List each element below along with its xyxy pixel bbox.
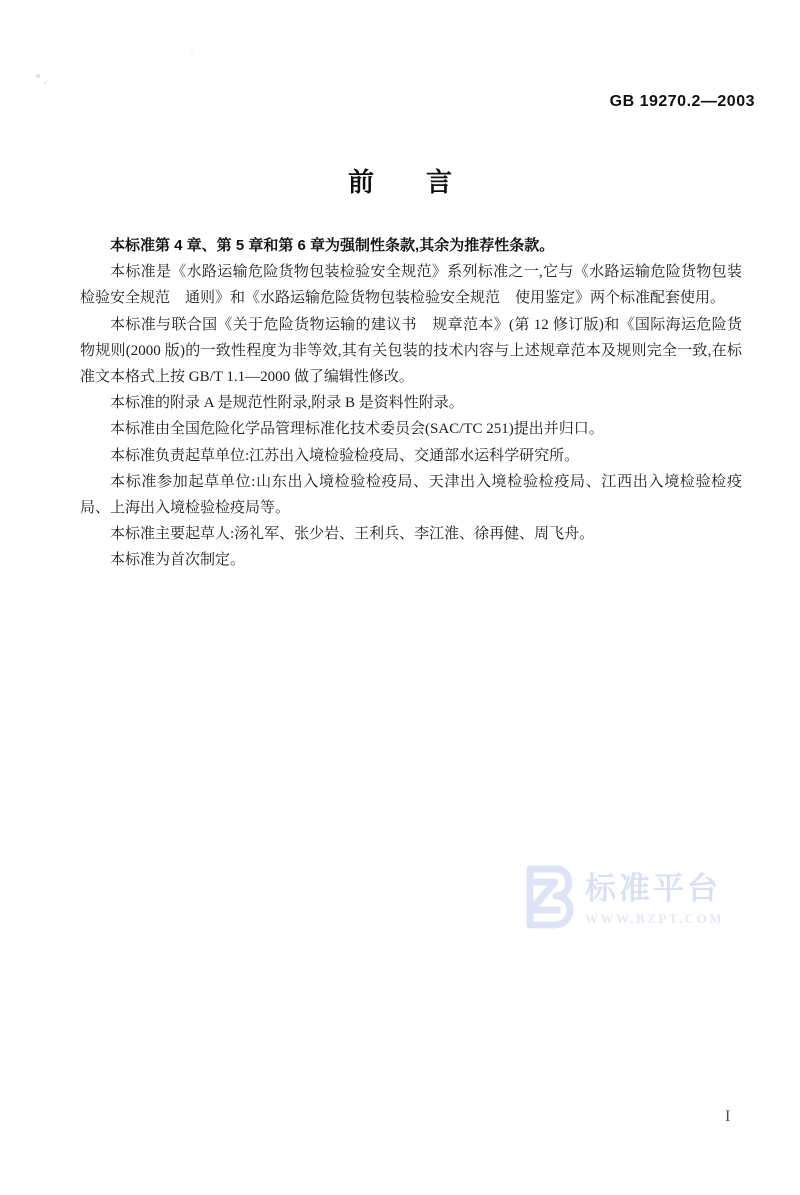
document-page: GB 19270.2—2003 前 言 本标准第 4 章、第 5 章和第 6 章… (0, 0, 800, 1195)
paragraph: 本标准主要起草人:汤礼军、张少岩、王利兵、李江淮、徐再健、周飞舟。 (80, 521, 742, 547)
page-title: 前 言 (0, 162, 800, 199)
watermark-text: 标准平台 WWW.BZPT.COM (585, 872, 724, 927)
paragraph: 本标准由全国危险化学品管理标准化技术委员会(SAC/TC 251)提出并归口。 (80, 416, 742, 442)
paragraph: 本标准参加起草单位:山东出入境检验检疫局、天津出入境检验检疫局、江西出入境检验检… (80, 469, 742, 521)
paragraph: 本标准与联合国《关于危险货物运输的建议书 规章范本》(第 12 修订版)和《国际… (80, 312, 742, 391)
standard-number: GB 19270.2—2003 (610, 93, 755, 111)
bzpt-logo-icon (518, 864, 580, 930)
paragraph: 本标准第 4 章、第 5 章和第 6 章为强制性条款,其余为推荐性条款。 (80, 233, 742, 259)
foreword-body: 本标准第 4 章、第 5 章和第 6 章为强制性条款,其余为推荐性条款。 本标准… (80, 233, 742, 574)
paragraph: 本标准是《水路运输危险货物包装检验安全规范》系列标准之一,它与《水路运输危险货物… (80, 259, 742, 311)
paragraph: 本标准为首次制定。 (80, 547, 742, 573)
page-number: I (725, 1108, 730, 1126)
watermark-site-url: WWW.BZPT.COM (585, 911, 724, 927)
paragraph: 本标准负责起草单位:江苏出入境检验检疫局、交通部水运科学研究所。 (80, 443, 742, 469)
paragraph: 本标准的附录 A 是规范性附录,附录 B 是资料性附录。 (80, 390, 742, 416)
watermark: 标准平台 WWW.BZPT.COM (518, 864, 724, 930)
scan-speckle (44, 82, 46, 84)
scan-speckle (191, 52, 193, 54)
watermark-site-name: 标准平台 (585, 872, 724, 906)
scan-speckle (36, 74, 40, 78)
